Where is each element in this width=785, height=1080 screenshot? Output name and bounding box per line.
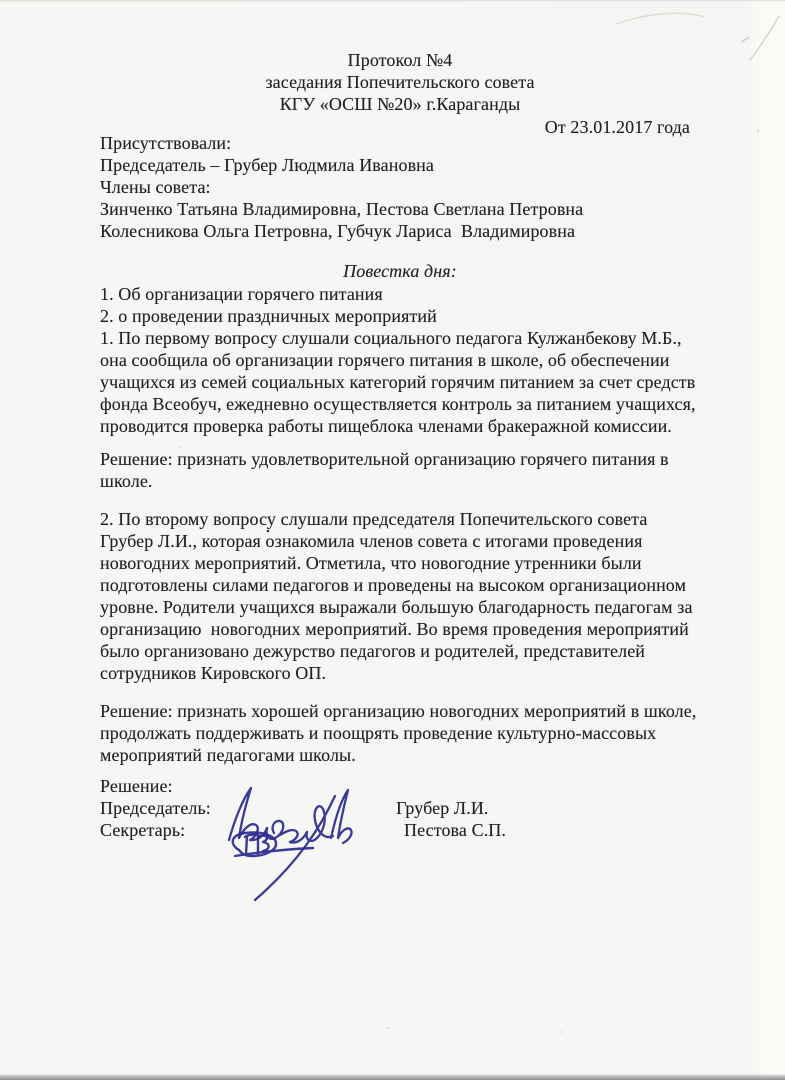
text-line: 1. По первому вопросу слушали социальног…	[100, 327, 705, 349]
chairman-name: Грубер Л.И.	[396, 797, 616, 819]
scan-bottom-edge	[0, 1074, 785, 1080]
text-line: проводится проверка работы пищеблока чле…	[100, 415, 705, 437]
text-line: 2. По второму вопросу слушали председате…	[100, 508, 705, 530]
scan-top-edge	[0, 0, 785, 2]
agenda-heading: Повестка дня:	[100, 260, 700, 282]
text-line: Решение: признать хорошей организацию но…	[100, 700, 705, 722]
decision2-paragraph: Решение: признать хорошей организацию но…	[100, 700, 705, 766]
text-line: Председатель – Грубер Людмила Ивановна	[100, 154, 700, 176]
text-line: 2. о проведении праздничных мероприятий	[100, 305, 700, 327]
question2-paragraph: 2. По второму вопросу слушали председате…	[100, 508, 705, 684]
text-line: КГУ «ОСШ №20» г.Караганды	[100, 93, 700, 115]
text-line: Грубер Л.И., которая ознакомила членов с…	[100, 530, 705, 552]
text-line: заседания Попечительского совета	[100, 71, 700, 93]
text-line: Присутствовали:	[100, 132, 700, 154]
text-line: Колесникова Ольга Петровна, Губчук Ларис…	[100, 220, 700, 242]
secretary-name: Пестова С.П.	[396, 819, 616, 841]
text-line: было организовано дежурство педагогов и …	[100, 640, 705, 662]
document-title: Протокол №4заседания Попечительского сов…	[100, 49, 700, 115]
signature-names: Грубер Л.И. Пестова С.П.	[396, 797, 616, 841]
agenda-items: 1. Об организации горячего питания2. о п…	[100, 283, 700, 327]
text-line: организацию новогодних мероприятий. Во в…	[100, 618, 705, 640]
text-line: фонда Всеобуч, ежедневно осуществляется …	[100, 393, 705, 415]
text-line: подготовлены силами педагогов и проведен…	[100, 574, 705, 596]
text-line: Зинченко Татьяна Владимировна, Пестова С…	[100, 198, 700, 220]
text-line: новогодних мероприятий. Отметила, что но…	[100, 552, 705, 574]
text-line: Решение: признать удовлетворительной орг…	[100, 448, 705, 470]
text-line: сотрудников Кировского ОП.	[100, 662, 705, 684]
text-line: школе.	[100, 470, 705, 492]
handwritten-signatures	[215, 778, 365, 910]
text-line: учащихся из семей социальных категорий г…	[100, 371, 705, 393]
text-line: Члены совета:	[100, 176, 700, 198]
text-line: 1. Об организации горячего питания	[100, 283, 700, 305]
attendees-section: Присутствовали:Председатель – Грубер Люд…	[100, 132, 700, 242]
text-line: мероприятий педагогами школы.	[100, 744, 705, 766]
decision1-paragraph: Решение: признать удовлетворительной орг…	[100, 448, 705, 492]
text-line: Протокол №4	[100, 49, 700, 71]
text-line: она сообщила об организации горячего пит…	[100, 349, 705, 371]
text-line: продолжать поддерживать и поощрять прове…	[100, 722, 705, 744]
scanned-protocol-page: Протокол №4заседания Попечительского сов…	[0, 0, 785, 1080]
question1-paragraph: 1. По первому вопросу слушали социальног…	[100, 327, 705, 437]
text-line: уровне. Родители учащихся выражали больш…	[100, 596, 705, 618]
